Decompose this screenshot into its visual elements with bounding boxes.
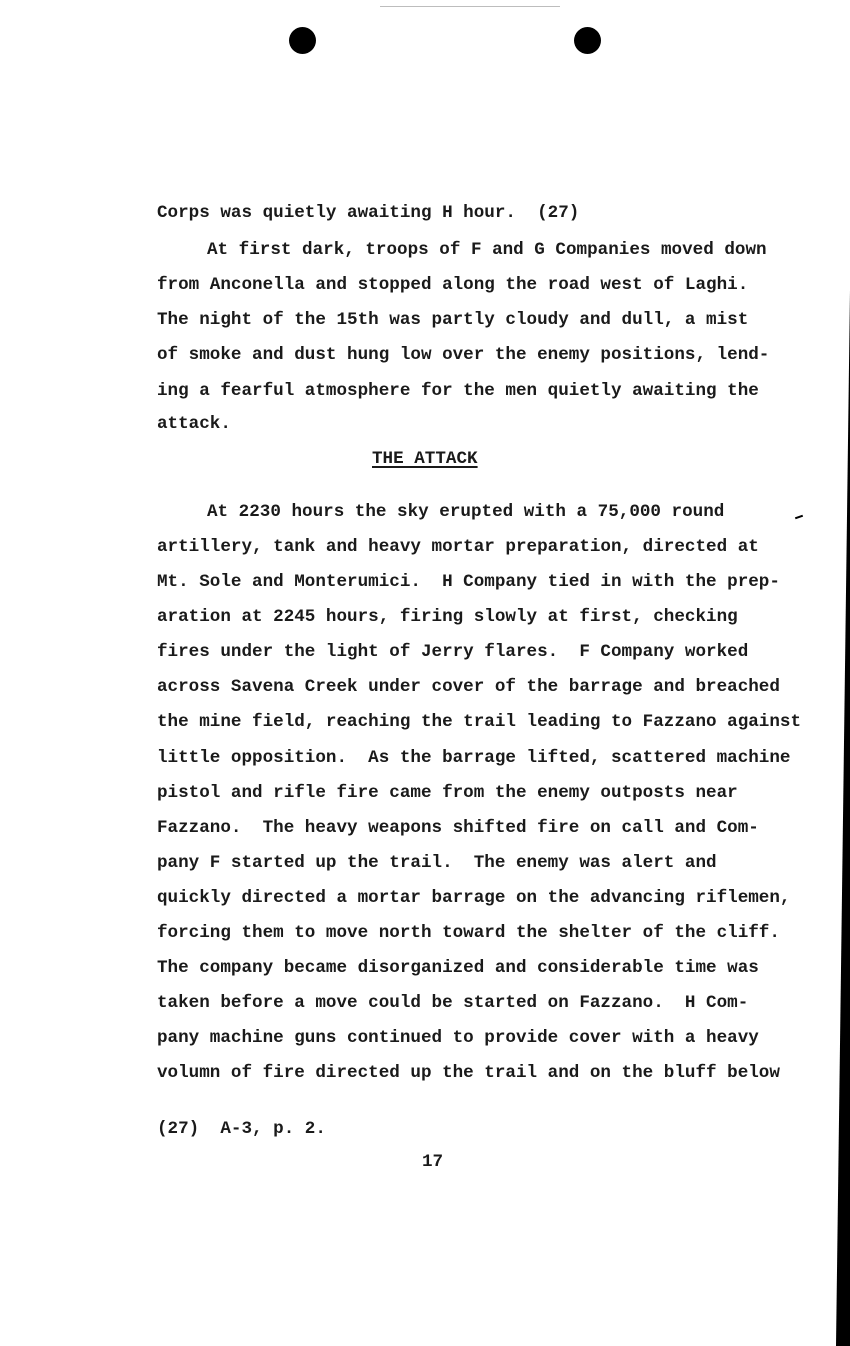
- stray-mark: [795, 515, 803, 520]
- text-line: volumn of fire directed up the trail and…: [157, 1063, 780, 1083]
- text-line: Fazzano. The heavy weapons shifted fire …: [157, 818, 759, 838]
- text-line: pistol and rifle fire came from the enem…: [157, 783, 738, 803]
- scan-edge-shadow: [836, 0, 850, 1346]
- text-line: pany F started up the trail. The enemy w…: [157, 853, 717, 873]
- text-line: artillery, tank and heavy mortar prepara…: [157, 537, 759, 557]
- text-line: across Savena Creek under cover of the b…: [157, 677, 780, 697]
- page-number: 17: [422, 1152, 443, 1172]
- punch-hole-right: [574, 27, 601, 54]
- footnote: (27) A-3, p. 2.: [157, 1119, 326, 1139]
- page-top-rule: [380, 6, 560, 7]
- text-line: Mt. Sole and Monterumici. H Company tied…: [157, 572, 780, 592]
- text-line: At 2230 hours the sky erupted with a 75,…: [207, 502, 724, 522]
- text-line: The company became disorganized and cons…: [157, 958, 759, 978]
- text-line: forcing them to move north toward the sh…: [157, 923, 780, 943]
- section-heading: THE ATTACK: [372, 449, 478, 469]
- text-line: taken before a move could be started on …: [157, 993, 748, 1013]
- text-line: of smoke and dust hung low over the enem…: [157, 345, 769, 365]
- text-line: At first dark, troops of F and G Compani…: [207, 240, 767, 260]
- text-line: ing a fearful atmosphere for the men qui…: [157, 381, 759, 401]
- text-line: The night of the 15th was partly cloudy …: [157, 310, 748, 330]
- text-line: attack.: [157, 414, 231, 434]
- text-line: pany machine guns continued to provide c…: [157, 1028, 759, 1048]
- text-line: little opposition. As the barrage lifted…: [157, 748, 790, 768]
- text-line: aration at 2245 hours, firing slowly at …: [157, 607, 738, 627]
- punch-hole-left: [289, 27, 316, 54]
- text-line: the mine field, reaching the trail leadi…: [157, 712, 801, 732]
- text-line: fires under the light of Jerry flares. F…: [157, 642, 748, 662]
- text-line: quickly directed a mortar barrage on the…: [157, 888, 790, 908]
- text-line: from Anconella and stopped along the roa…: [157, 275, 748, 295]
- text-line: Corps was quietly awaiting H hour. (27): [157, 203, 579, 223]
